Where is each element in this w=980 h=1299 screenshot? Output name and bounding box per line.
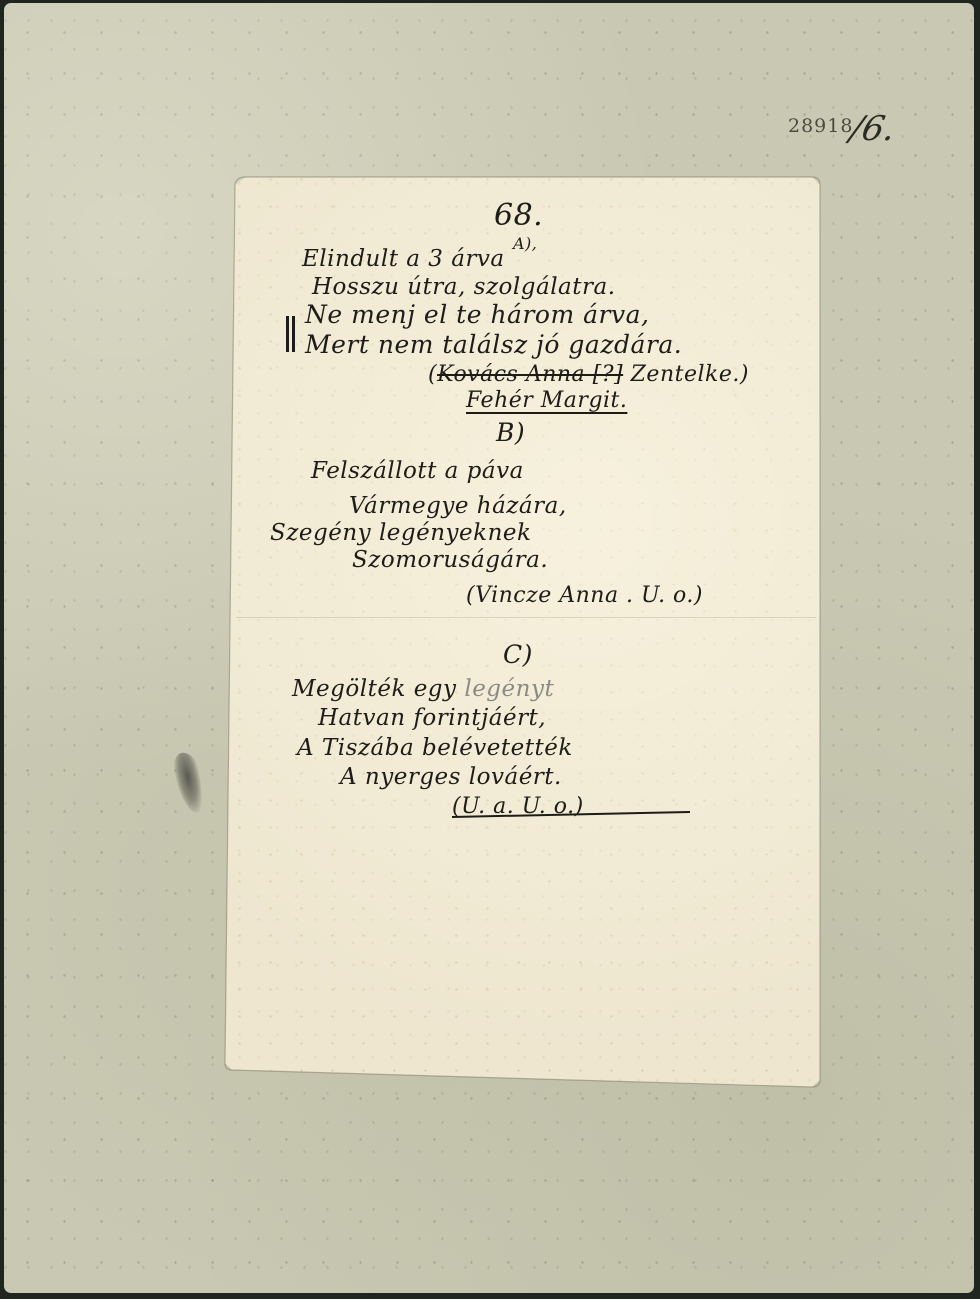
section-b-label: B): [496, 418, 525, 447]
source-place: Zentelke.: [631, 362, 740, 387]
repeat-marker: [286, 316, 295, 352]
section-c-line-3: A Tiszába belévetették: [297, 735, 573, 761]
section-b-source-text: Vincze Anna . U. o.: [475, 583, 694, 608]
fold-line: [236, 617, 816, 618]
catalog-number: 28918: [788, 115, 853, 137]
section-b-line-3: Szegény legényeknek: [270, 520, 531, 546]
section-c-label: C): [503, 640, 533, 669]
section-b-source: (Vincze Anna . U. o.): [466, 583, 703, 608]
section-a-line-3: Ne menj el te három árva,: [305, 300, 649, 329]
section-b-line-2: Vármegye házára,: [349, 493, 567, 519]
section-a-line-1: Elindult a 3 árva: [302, 246, 505, 272]
section-a-line-2: Hosszu útra, szolgálatra.: [312, 274, 616, 300]
pencil-word: legényt: [464, 676, 554, 702]
section-a-source: (Kovács Anna [?] Zentelke.): [428, 362, 749, 387]
section-c-line-4: A nyerges lováért.: [340, 764, 562, 790]
struck-name: Kovács Anna [?]: [437, 362, 623, 387]
source-correction: Fehér Margit.: [466, 388, 627, 413]
catalog-suffix: /6.: [847, 109, 899, 149]
section-a-line-4: Mert nem találsz jó gazdára.: [305, 330, 682, 359]
section-b-line-4: Szomoruságára.: [352, 547, 548, 573]
section-c-line-1: Megölték egy legényt: [292, 676, 554, 702]
poem-number: 68.: [494, 198, 543, 233]
section-b-line-1: Felszállott a páva: [311, 458, 524, 484]
section-a-label: A),: [513, 234, 537, 253]
section-c-line-2: Hatvan forintjáért,: [318, 705, 546, 731]
